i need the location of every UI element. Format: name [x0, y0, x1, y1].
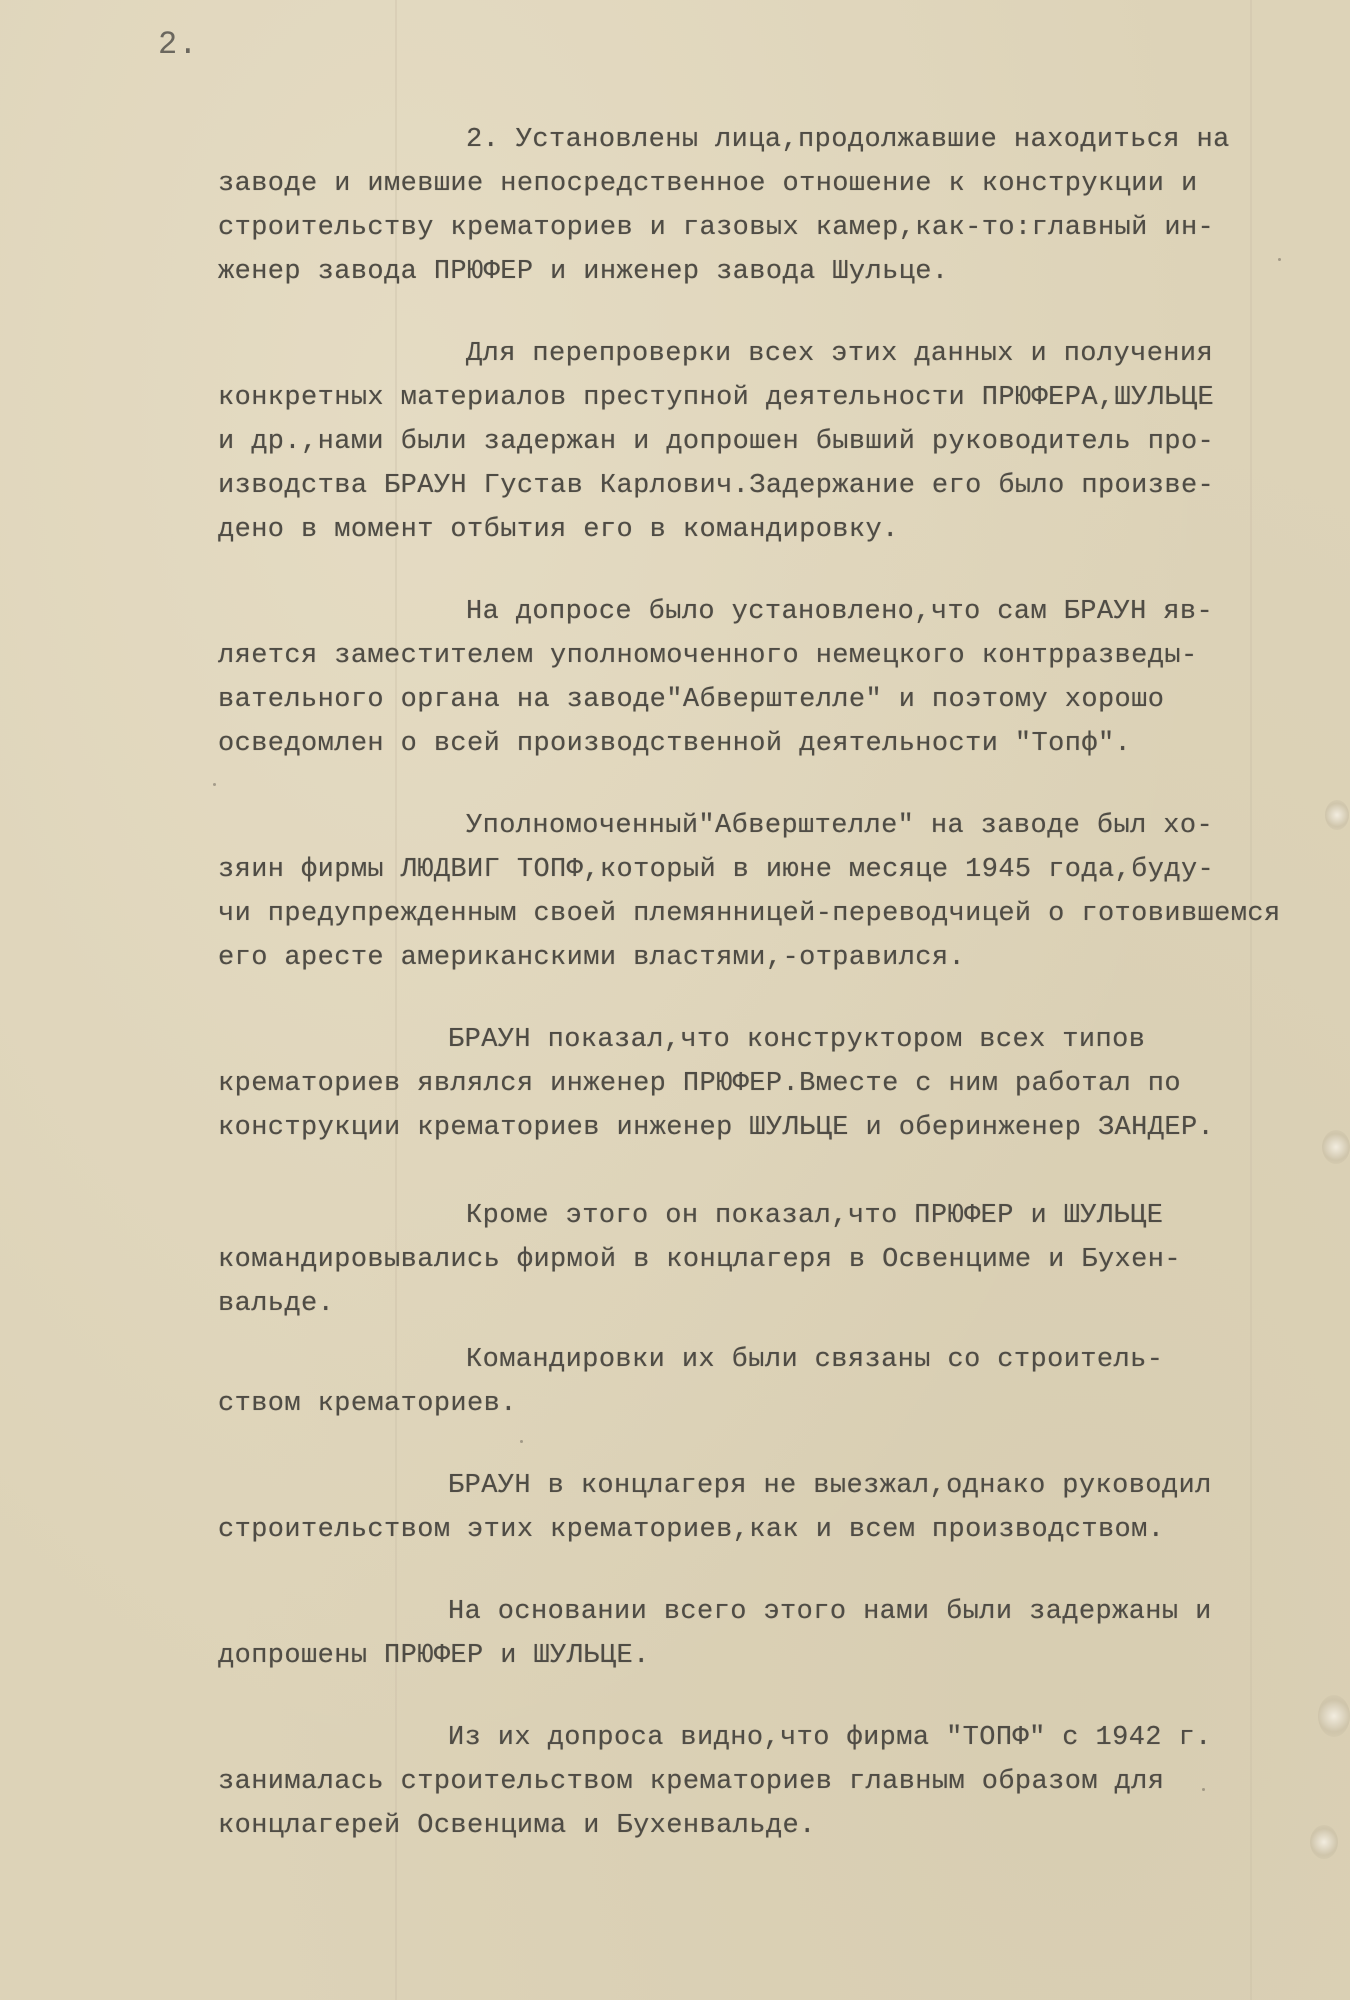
text-line: занималась строительством крематориев гл… [218, 1760, 1338, 1804]
text-line: крематориев являлся инженер ПРЮФЕР.Вмест… [218, 1062, 1338, 1106]
text-line: ляется заместителем уполномоченного неме… [218, 634, 1338, 678]
text-line: зяин фирмы ЛЮДВИГ ТОПФ,который в июне ме… [218, 848, 1338, 892]
text-line: Командировки их были связаны со строител… [218, 1338, 1338, 1382]
text-line: конкретных материалов преступной деятель… [218, 376, 1338, 420]
text-line: ством крематориев. [218, 1382, 1338, 1426]
text-line: женер завода ПРЮФЕР и инженер завода Шул… [218, 250, 1338, 294]
text-line: чи предупрежденным своей племянницей-пер… [218, 892, 1338, 936]
text-line: его аресте американскими властями,-отрав… [218, 936, 1338, 980]
paragraph-10: Из их допроса видно,что фирма "ТОПФ" с 1… [218, 1716, 1338, 1848]
text-line: осведомлен о всей производственной деяте… [218, 722, 1338, 766]
text-line: На допросе было установлено,что сам БРАУ… [218, 590, 1338, 634]
document-body: 2. Установлены лица,продолжавшие находит… [218, 118, 1338, 1848]
paragraph-3: На допросе было установлено,что сам БРАУ… [218, 590, 1338, 766]
text-line: и др.,нами были задержан и допрошен бывш… [218, 420, 1338, 464]
text-line: концлагерей Освенцима и Бухенвальде. [218, 1804, 1338, 1848]
paragraph-4: Уполномоченный"Абверштелле" на заводе бы… [218, 804, 1338, 980]
text-line: Уполномоченный"Абверштелле" на заводе бы… [218, 804, 1338, 848]
text-line: строительством этих крематориев,как и вс… [218, 1508, 1338, 1552]
paragraph-7: Командировки их были связаны со строител… [218, 1338, 1338, 1426]
text-line: изводства БРАУН Густав Карлович.Задержан… [218, 464, 1338, 508]
paragraph-9: На основании всего этого нами были задер… [218, 1590, 1338, 1678]
text-line: заводе и имевшие непосредственное отноше… [218, 162, 1338, 206]
page-number: 2. [158, 26, 198, 63]
text-line: 2. Установлены лица,продолжавшие находит… [218, 118, 1338, 162]
text-line: Кроме этого он показал,что ПРЮФЕР и ШУЛЬ… [218, 1194, 1338, 1238]
text-line: вательного органа на заводе"Абверштелле"… [218, 678, 1338, 722]
paragraph-6: Кроме этого он показал,что ПРЮФЕР и ШУЛЬ… [218, 1194, 1338, 1326]
paragraph-1: 2. Установлены лица,продолжавшие находит… [218, 118, 1338, 294]
text-line: БРАУН показал,что конструктором всех тип… [218, 1018, 1338, 1062]
text-line: На основании всего этого нами были задер… [218, 1590, 1338, 1634]
text-line: Из их допроса видно,что фирма "ТОПФ" с 1… [218, 1716, 1338, 1760]
paper-speck [213, 783, 216, 786]
text-line: конструкции крематориев инженер ШУЛЬЦЕ и… [218, 1106, 1338, 1150]
paragraph-5: БРАУН показал,что конструктором всех тип… [218, 1018, 1338, 1150]
text-line: командировывались фирмой в концлагеря в … [218, 1238, 1338, 1282]
text-line: допрошены ПРЮФЕР и ШУЛЬЦЕ. [218, 1634, 1338, 1678]
text-line: БРАУН в концлагеря не выезжал,однако рук… [218, 1464, 1338, 1508]
paragraph-8: БРАУН в концлагеря не выезжал,однако рук… [218, 1464, 1338, 1552]
text-line: дено в момент отбытия его в командировку… [218, 508, 1338, 552]
text-line: Для перепроверки всех этих данных и полу… [218, 332, 1338, 376]
paragraph-2: Для перепроверки всех этих данных и полу… [218, 332, 1338, 552]
text-line: строительству крематориев и газовых каме… [218, 206, 1338, 250]
text-line: вальде. [218, 1282, 1338, 1326]
